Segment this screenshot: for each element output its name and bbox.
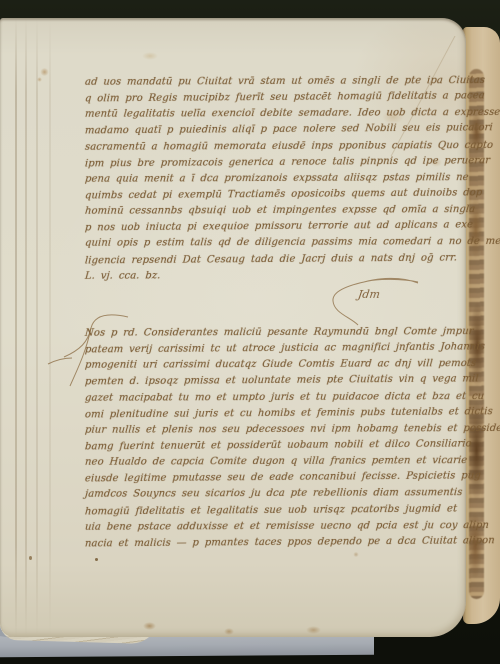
manuscript-line: uia bene pstace adduxisse et et remisiss… (84, 518, 457, 536)
manuscript-line: ligencia repsendi Dat Cesaug tada die Ja… (84, 250, 457, 269)
manuscript-line: homagiū fidelitatis et legalitatis sue u… (84, 501, 457, 520)
paper-stain (40, 68, 49, 76)
idem-divider-mark: Jdm (322, 270, 426, 328)
gutter-crease (15, 18, 17, 637)
gutter-crease (25, 18, 27, 637)
paragraph-1: ad uos mandatū pu Ciuitat vrā stam ut om… (85, 74, 457, 284)
manuscript-photo: ad uos mandatū pu Ciuitat vrā stam ut om… (0, 0, 500, 664)
manuscript-line: gazet macipabat tu mo et umpto juris et … (84, 389, 457, 407)
paragraph-2: Nos p rd. Considerantes maliciū pesante … (85, 325, 457, 551)
manuscript-line: madamo quatī p puiedinis aliqī p pace no… (84, 121, 457, 140)
idem-word: Jdm (357, 288, 381, 301)
manuscript-line: quini opis p estim talis qd de diligenci… (84, 235, 457, 253)
manuscript-line: jamdcos Souyncs seu sicarios ju dca pte … (84, 486, 457, 504)
gutter-crease (36, 18, 38, 637)
manuscript-line: sacramentū a homagiū memorata eiusdē inp… (84, 138, 457, 156)
paper-stain (142, 52, 158, 60)
manuscript-line: nacia et malicis — p pmantes taces ppos … (84, 533, 457, 552)
manuscript-line: pemten d. ipsoqz pmissa et uoluntate mei… (84, 372, 457, 391)
